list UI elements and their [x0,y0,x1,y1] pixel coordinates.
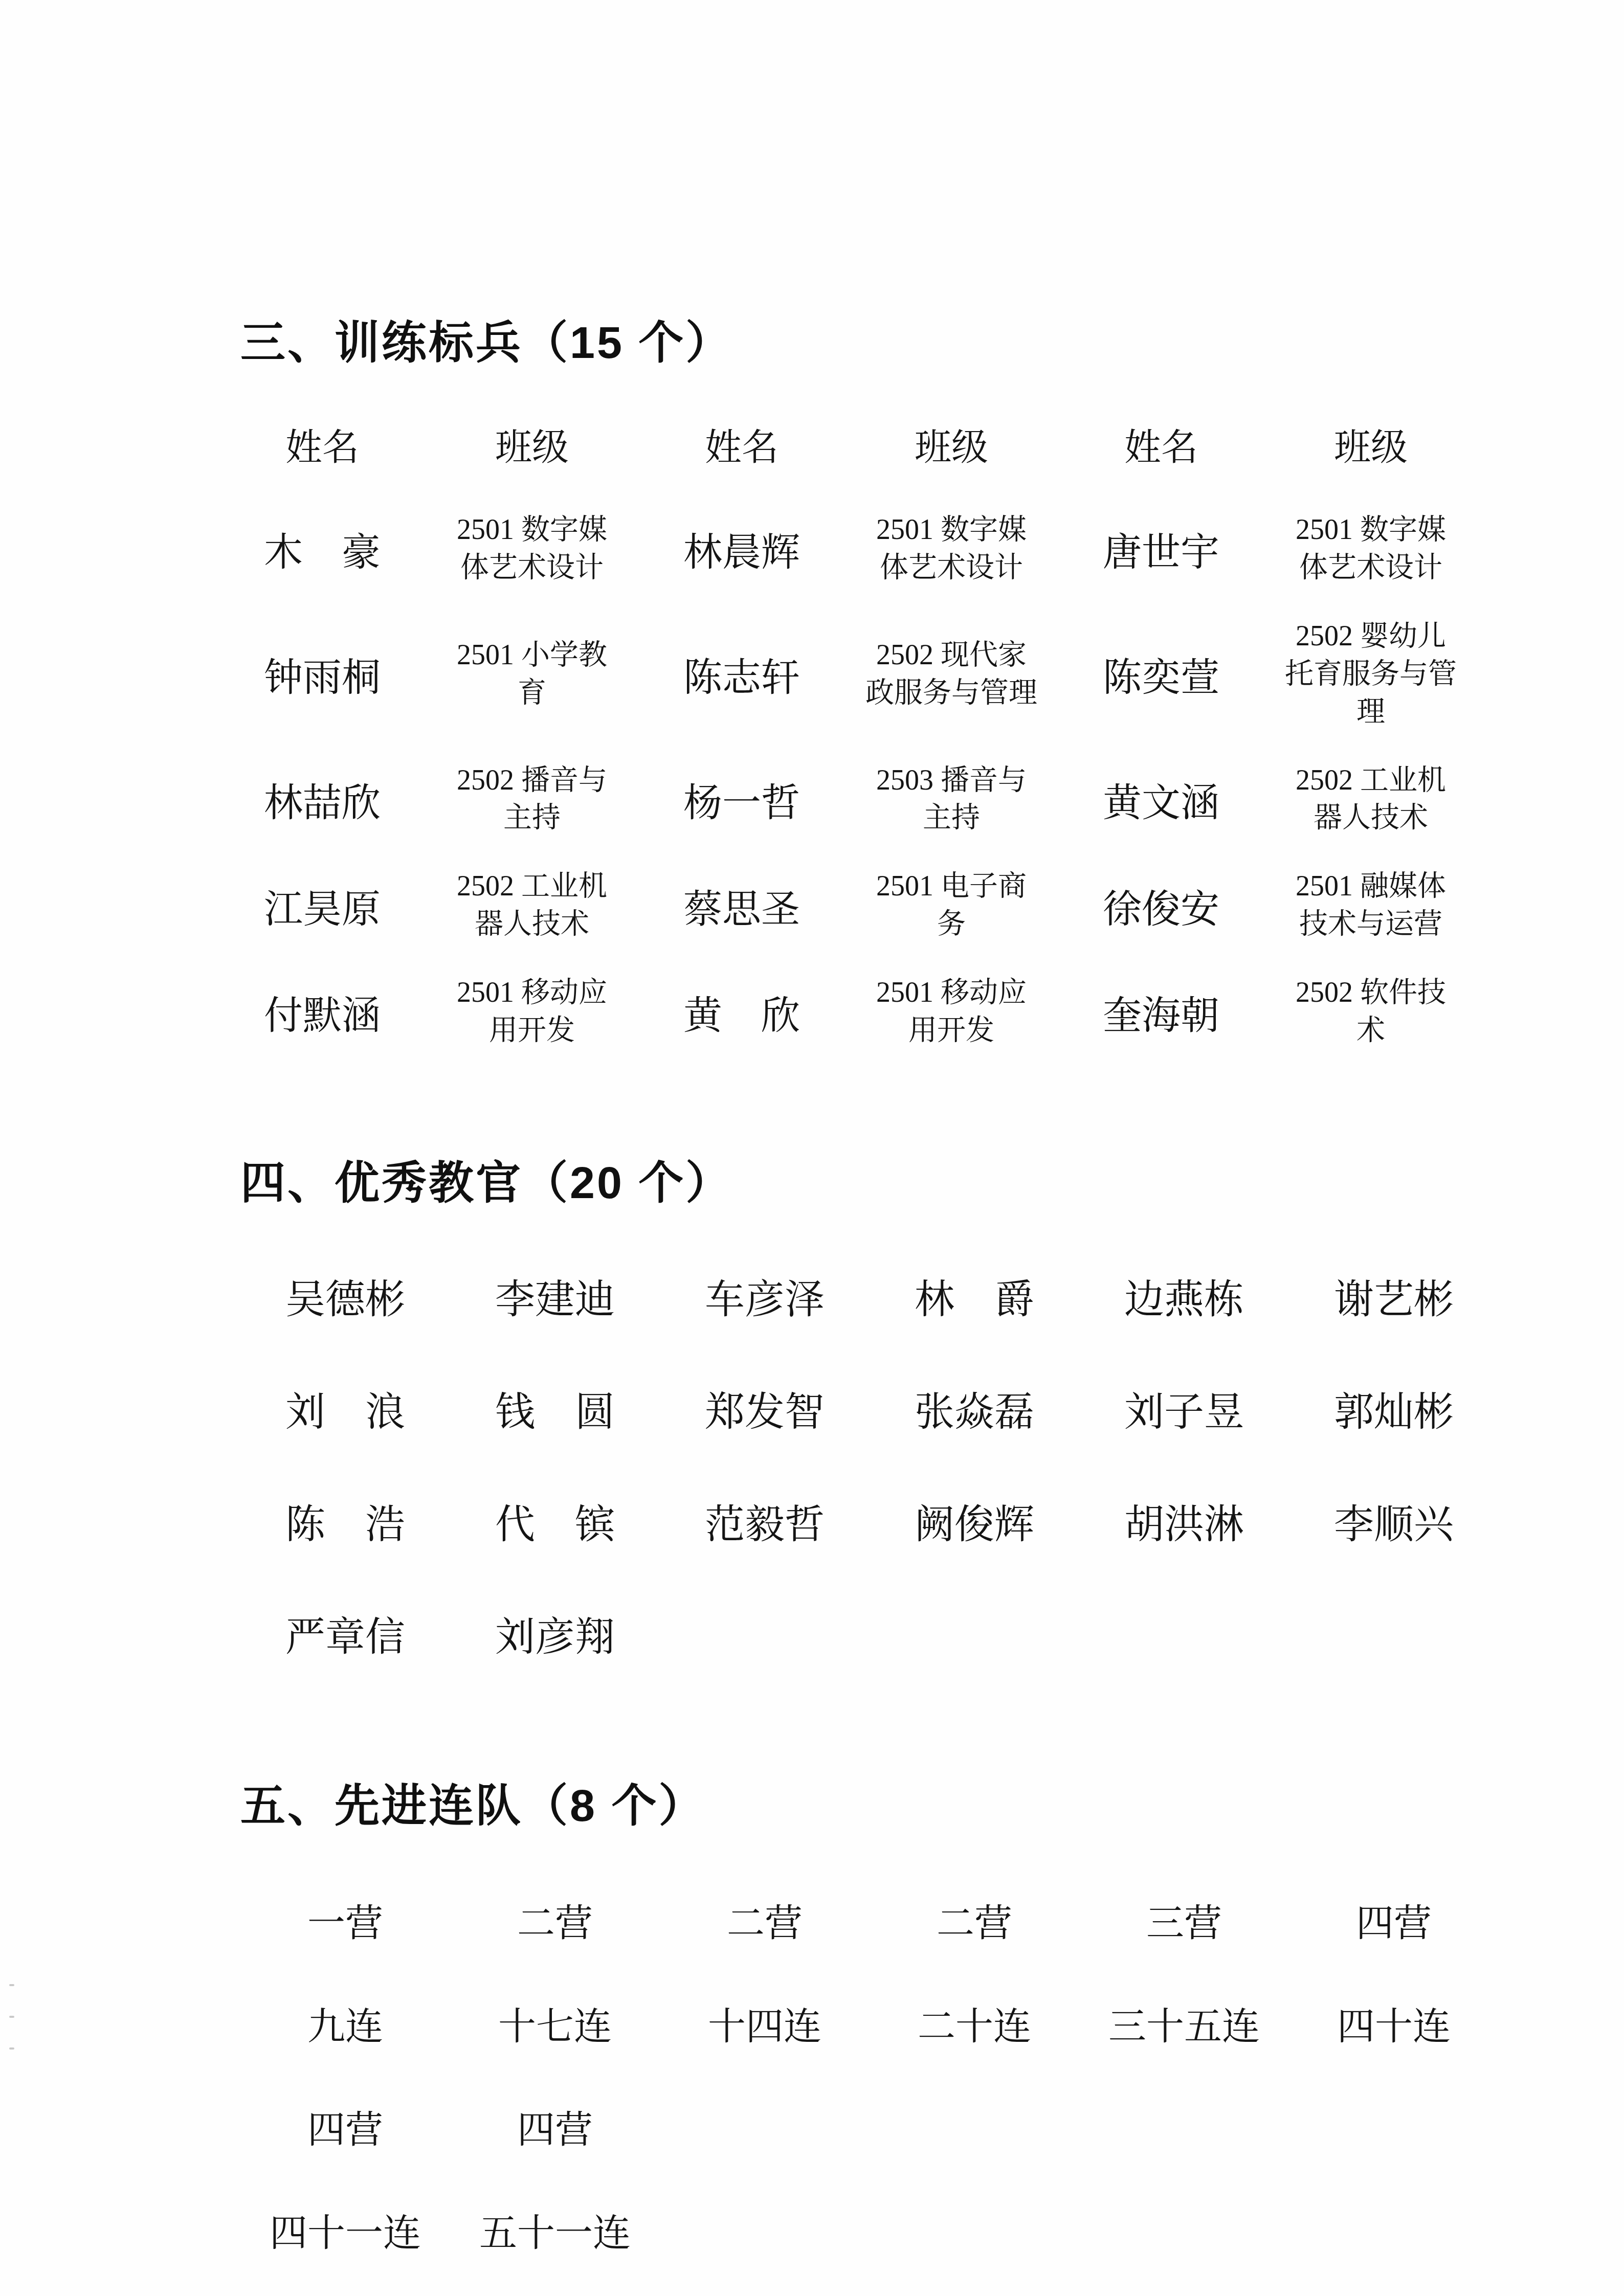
student-name: 江昊原 [240,852,404,959]
instructor-name: 郑发智 [660,1380,870,1437]
col-header-name: 姓名 [660,407,824,496]
student-name: 徐俊安 [1079,852,1243,959]
battalion-name: 一营 [240,1893,450,1947]
class-name: 2501 移动应用开发 [404,959,660,1065]
instructor-name: 边燕栋 [1079,1268,1289,1325]
table-row: 付默涵 2501 移动应用开发 黄 欣 2501 移动应用开发 奎海朝 2502… [240,959,1499,1065]
instructor-name: 李建迪 [450,1268,660,1325]
pacesetter-table: 姓名 班级 姓名 班级 姓名 班级 木 豪 2501 数字媒体艺术设计 林晨辉 … [240,407,1499,1065]
class-name: 2501 电子商务 [824,852,1079,959]
class-name: 2503 播音与主持 [824,747,1079,853]
company-name: 四十一连 [240,2203,450,2257]
instructor-name: 刘 浪 [240,1380,450,1437]
company-name: 三十五连 [1079,1996,1289,2051]
instructor-name: 车彦泽 [660,1268,870,1325]
student-name: 杨一哲 [660,747,824,853]
section4-title: 四、优秀教官（20 个） [240,1147,1509,1211]
student-name: 唐世宇 [1079,496,1243,602]
class-name: 2502 婴幼儿托育服务与管理 [1243,602,1499,747]
instructor-name: 吴德彬 [240,1268,450,1325]
col-header-name: 姓名 [1079,407,1243,496]
class-name: 2502 软件技术 [1243,959,1499,1065]
class-name: 2501 数字媒体艺术设计 [404,496,660,602]
student-name: 蔡思圣 [660,852,824,959]
section-instructors: 四、优秀教官（20 个） 吴德彬 李建迪 车彦泽 林 爵 边燕栋 谢艺彬 刘 浪… [240,1147,1509,1662]
class-name: 2501 数字媒体艺术设计 [1243,496,1499,602]
company-name: 四十连 [1289,1996,1499,2051]
battalion-name: 三营 [1079,1893,1289,1947]
battalion-name: 二营 [660,1893,870,1947]
battalion-name: 二营 [450,1893,660,1947]
instructor-name: 严章信 [240,1605,450,1662]
class-name: 2502 工业机器人技术 [1243,747,1499,853]
company-grid: 一营 二营 二营 二营 三营 四营 九连 十七连 十四连 二十连 三十五连 四十… [240,1893,1509,2257]
col-header-class: 班级 [824,407,1079,496]
class-name: 2501 数字媒体艺术设计 [824,496,1079,602]
company-name: 十七连 [450,1996,660,2051]
instructor-name: 谢艺彬 [1289,1268,1499,1325]
company-name: 十四连 [660,1996,870,2051]
company-name: 九连 [240,1996,450,2051]
table-row: 钟雨桐 2501 小学教育 陈志轩 2502 现代家政服务与管理 陈奕萱 250… [240,602,1499,747]
grid-spacer [1289,2100,1499,2154]
table-row: 木 豪 2501 数字媒体艺术设计 林晨辉 2501 数字媒体艺术设计 唐世宇 … [240,496,1499,602]
student-name: 钟雨桐 [240,602,404,747]
battalion-name: 四营 [1289,1893,1499,1947]
table-row: 林喆欣 2502 播音与主持 杨一哲 2503 播音与主持 黄文涵 2502 工… [240,747,1499,853]
student-name: 陈志轩 [660,602,824,747]
instructor-name: 胡洪淋 [1079,1493,1289,1550]
instructor-name: 阙俊辉 [870,1493,1079,1550]
student-name: 付默涵 [240,959,404,1065]
class-name: 2502 工业机器人技术 [404,852,660,959]
student-name: 林喆欣 [240,747,404,853]
student-name: 木 豪 [240,496,404,602]
instructor-name: 刘子昱 [1079,1380,1289,1437]
grid-spacer [1079,2100,1289,2154]
student-name: 陈奕萱 [1079,602,1243,747]
scan-artifact-marks [9,1984,16,2079]
instructor-name: 范毅哲 [660,1493,870,1550]
student-name: 林晨辉 [660,496,824,602]
company-name: 二十连 [870,1996,1079,2051]
student-name: 奎海朝 [1079,959,1243,1065]
instructor-name: 郭灿彬 [1289,1380,1499,1437]
battalion-name: 四营 [240,2100,450,2154]
battalion-name: 二营 [870,1893,1079,1947]
instructor-name: 代 镔 [450,1493,660,1550]
instructor-grid: 吴德彬 李建迪 车彦泽 林 爵 边燕栋 谢艺彬 刘 浪 钱 圆 郑发智 张焱磊 … [240,1268,1509,1662]
class-name: 2501 融媒体技术与运营 [1243,852,1499,959]
document-content: 三、训练标兵（15 个） 姓名 班级 姓名 班级 姓名 班级 木 豪 2501 … [240,307,1509,2257]
section3-title: 三、训练标兵（15 个） [240,307,1509,371]
document-page: 三、训练标兵（15 个） 姓名 班级 姓名 班级 姓名 班级 木 豪 2501 … [0,0,1624,2296]
company-name: 五十一连 [450,2203,660,2257]
instructor-name: 林 爵 [870,1268,1079,1325]
table-row: 江昊原 2502 工业机器人技术 蔡思圣 2501 电子商务 徐俊安 2501 … [240,852,1499,959]
col-header-name: 姓名 [240,407,404,496]
table-header-row: 姓名 班级 姓名 班级 姓名 班级 [240,407,1499,496]
instructor-name: 陈 浩 [240,1493,450,1550]
col-header-class: 班级 [404,407,660,496]
grid-spacer [660,2100,870,2154]
student-name: 黄 欣 [660,959,824,1065]
section5-title: 五、先进连队（8 个） [240,1770,1509,1834]
section-companies: 五、先进连队（8 个） 一营 二营 二营 二营 三营 四营 九连 十七连 十四连… [240,1770,1509,2257]
instructor-name: 钱 圆 [450,1380,660,1437]
student-name: 黄文涵 [1079,747,1243,853]
class-name: 2501 移动应用开发 [824,959,1079,1065]
class-name: 2502 播音与主持 [404,747,660,853]
instructor-name: 张焱磊 [870,1380,1079,1437]
battalion-name: 四营 [450,2100,660,2154]
instructor-name: 李顺兴 [1289,1493,1499,1550]
grid-spacer [870,2100,1079,2154]
class-name: 2502 现代家政服务与管理 [824,602,1079,747]
class-name: 2501 小学教育 [404,602,660,747]
instructor-name: 刘彦翔 [450,1605,660,1662]
col-header-class: 班级 [1243,407,1499,496]
